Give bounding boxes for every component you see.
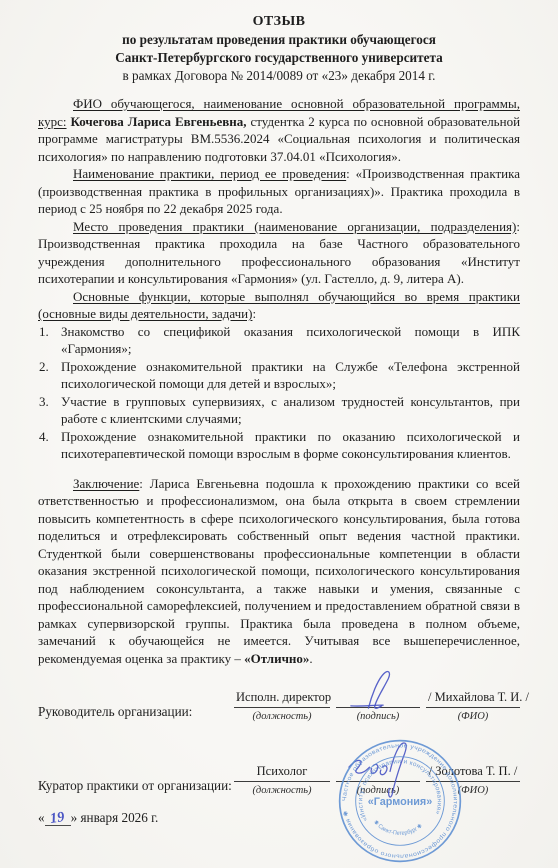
paragraph-practice-place: Место проведения практики (наименование … <box>38 218 520 288</box>
organization-stamp: Частное образовательное учреждение допол… <box>334 735 466 867</box>
paragraph-conclusion: Заключение: Лариса Евгеньевна подошла к … <box>38 475 520 668</box>
director-fio-value: / Михайлова Т. И. / <box>426 689 520 708</box>
list-number: 1. <box>39 323 49 341</box>
date-rest: » января 2026 г. <box>71 810 159 825</box>
document-title: ОТЗЫВ <box>38 12 520 31</box>
list-number: 3. <box>39 393 49 411</box>
list-number: 2. <box>39 358 49 376</box>
student-name: Кочегова Лариса Евгеньевна, <box>70 114 246 129</box>
position-caption: (должность) <box>234 708 330 723</box>
document-subtitle-2: Санкт-Петербургского государственного ун… <box>38 49 520 67</box>
functions-list: 1. Знакомство со спецификой оказания пси… <box>38 323 520 463</box>
document-subtitle-1: по результатам проведения практики обуча… <box>38 31 520 49</box>
conclusion-tail: . <box>309 651 312 666</box>
director-position-value: Исполн. директор <box>234 689 330 708</box>
director-signature-icon <box>345 665 411 713</box>
fio-caption: (ФИО) <box>426 708 520 723</box>
handwritten-day: 19 <box>49 810 65 826</box>
paragraph-student-info: ФИО обучающегося, наименование основной … <box>38 95 520 165</box>
functions-heading: Основные функции, которые выполнял обуча… <box>38 289 520 322</box>
practice-heading: Наименование практики, период ее проведе… <box>73 166 346 181</box>
list-text: Прохождение ознакомительной практики по … <box>61 429 520 462</box>
stamp-city-text: ✱ Санкт-Петербург ✱ <box>372 819 424 837</box>
list-number: 4. <box>39 428 49 446</box>
document-page: ОТЗЫВ по результатам проведения практики… <box>0 0 558 868</box>
signature-row-director: Руководитель организации: Исполн. директ… <box>38 689 520 723</box>
list-text: Прохождение ознакомительной практики на … <box>61 359 520 392</box>
list-text: Знакомство со спецификой оказания психол… <box>61 324 520 357</box>
conclusion-text: : Лариса Евгеньевна подошла к прохождени… <box>38 476 520 666</box>
place-heading: Место проведения практики (наименование … <box>73 219 516 234</box>
paragraph-practice-name: Наименование практики, период ее проведе… <box>38 165 520 218</box>
director-fio-field: / Михайлова Т. И. / (ФИО) <box>426 689 520 723</box>
director-signature-line <box>336 689 420 708</box>
date-day-slot: 19 <box>45 811 71 826</box>
curator-position-value: Психолог <box>234 763 330 782</box>
document-header: ОТЗЫВ по результатам проведения практики… <box>38 12 520 85</box>
stamp-center-text: «Гармония» <box>368 796 433 808</box>
functions-colon: : <box>252 306 256 321</box>
list-item-4: 4. Прохождение ознакомительной практики … <box>38 428 520 463</box>
contract-line: в рамках Договора № 2014/0089 от «23» де… <box>38 67 520 85</box>
list-text: Участие в групповых супервизиях, с анали… <box>61 394 520 427</box>
grade-value: «Отлично» <box>244 651 309 666</box>
director-position-field: Исполн. директор (должность) <box>234 689 330 723</box>
list-item-1: 1. Знакомство со спецификой оказания пси… <box>38 323 520 358</box>
conclusion-heading: Заключение <box>73 476 139 491</box>
curator-role-label: Куратор практики от организации: <box>38 777 234 798</box>
curator-position-field: Психолог (должность) <box>234 763 330 797</box>
director-role-label: Руководитель организации: <box>38 703 234 724</box>
list-item-2: 2. Прохождение ознакомительной практики … <box>38 358 520 393</box>
date-open-quote: « <box>38 810 45 825</box>
director-signature-field: (подпись) <box>336 689 420 723</box>
list-item-3: 3. Участие в групповых супервизиях, с ан… <box>38 393 520 428</box>
paragraph-functions-heading: Основные функции, которые выполнял обуча… <box>38 288 520 323</box>
position-caption: (должность) <box>234 782 330 797</box>
